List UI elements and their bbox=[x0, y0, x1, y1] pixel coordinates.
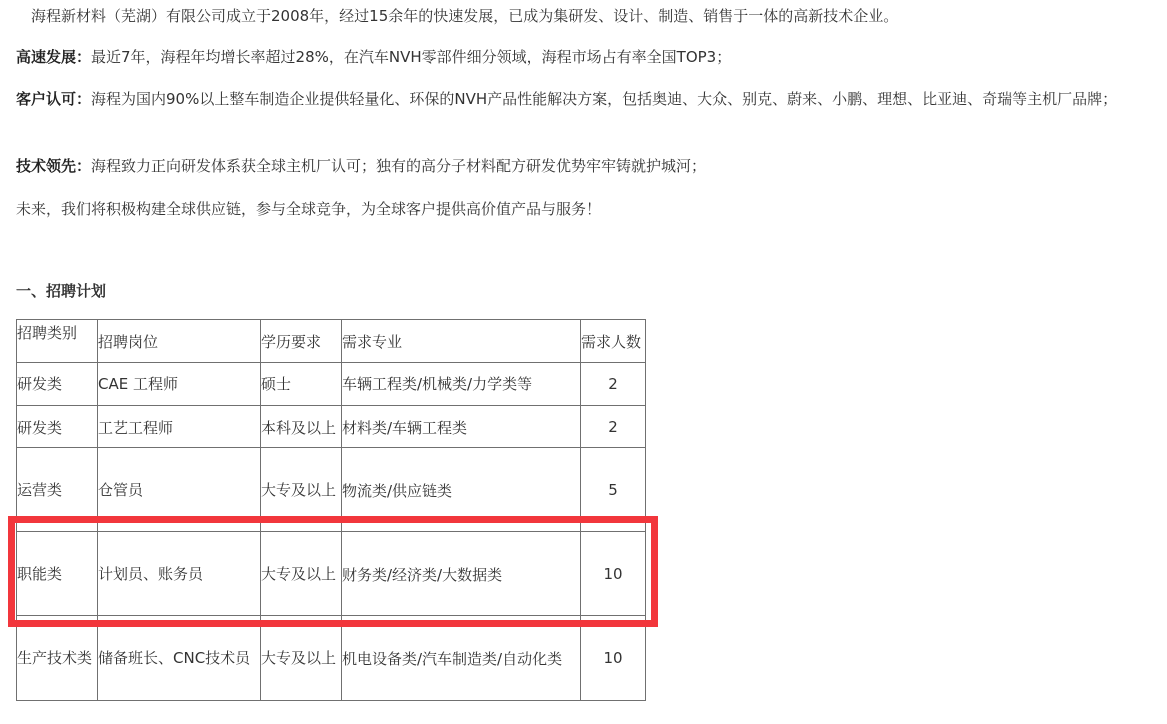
section-title: 一、招聘计划 bbox=[16, 280, 106, 301]
highlight-text: 最近7年，海程年均增长率超过28%，在汽车NVH零部件细分领域，海程市场占有率全… bbox=[91, 48, 731, 66]
header-category: 招聘类别 bbox=[17, 320, 98, 363]
cell-position: 工艺工程师 bbox=[98, 406, 261, 448]
cell-category: 运营类 bbox=[17, 448, 98, 532]
cell-position: 计划员、账务员 bbox=[98, 532, 261, 616]
cell-position: 仓管员 bbox=[98, 448, 261, 532]
cell-major: 车辆工程类/机械类/力学类等 bbox=[342, 363, 581, 406]
cell-category: 研发类 bbox=[17, 406, 98, 448]
cell-count: 10 bbox=[581, 616, 646, 701]
header-education: 学历要求 bbox=[261, 320, 342, 363]
cell-count: 10 bbox=[581, 532, 646, 616]
cell-education: 大专及以上 bbox=[261, 532, 342, 616]
cell-major: 财务类/经济类/大数据类 bbox=[342, 532, 581, 616]
header-count: 需求人数 bbox=[581, 320, 646, 363]
cell-education: 大专及以上 bbox=[261, 616, 342, 701]
highlight-label: 高速发展： bbox=[16, 48, 91, 66]
cell-category: 生产技术类 bbox=[17, 616, 98, 701]
highlight-customers: 客户认可：海程为国内90%以上整车制造企业提供轻量化、环保的NVH产品性能解决方… bbox=[16, 86, 1161, 113]
highlight-text: 海程为国内90%以上整车制造企业提供轻量化、环保的NVH产品性能解决方案，包括奥… bbox=[91, 90, 1117, 108]
highlight-text: 海程致力正向研发体系获全球主机厂认可；独有的高分子材料配方研发优势牢牢铸就护城河… bbox=[91, 157, 706, 175]
cell-education: 大专及以上 bbox=[261, 448, 342, 532]
cell-education: 本科及以上 bbox=[261, 406, 342, 448]
table-row-highlighted: 职能类 计划员、账务员 大专及以上 财务类/经济类/大数据类 10 bbox=[17, 532, 646, 616]
cell-position: 储备班长、CNC技术员 bbox=[98, 616, 261, 701]
cell-education: 硕士 bbox=[261, 363, 342, 406]
cell-count: 2 bbox=[581, 363, 646, 406]
cell-major: 物流类/供应链类 bbox=[342, 448, 581, 532]
cell-major: 材料类/车辆工程类 bbox=[342, 406, 581, 448]
table-row: 研发类 工艺工程师 本科及以上 材料类/车辆工程类 2 bbox=[17, 406, 646, 448]
future-paragraph: 未来，我们将积极构建全球供应链，参与全球竞争，为全球客户提供高价值产品与服务！ bbox=[16, 197, 601, 221]
table-row: 运营类 仓管员 大专及以上 物流类/供应链类 5 bbox=[17, 448, 646, 532]
header-position: 招聘岗位 bbox=[98, 320, 261, 363]
table-row: 研发类 CAE 工程师 硕士 车辆工程类/机械类/力学类等 2 bbox=[17, 363, 646, 406]
highlight-label: 客户认可： bbox=[16, 90, 91, 108]
recruitment-table: 招聘类别 招聘岗位 学历要求 需求专业 需求人数 研发类 CAE 工程师 硕士 … bbox=[16, 319, 646, 701]
cell-count: 5 bbox=[581, 448, 646, 532]
cell-position: CAE 工程师 bbox=[98, 363, 261, 406]
intro-paragraph: 海程新材料（芜湖）有限公司成立于2008年，经过15余年的快速发展，已成为集研发… bbox=[16, 4, 898, 28]
highlight-label: 技术领先： bbox=[16, 157, 91, 175]
highlight-technology: 技术领先：海程致力正向研发体系获全球主机厂认可；独有的高分子材料配方研发优势牢牢… bbox=[16, 154, 706, 178]
cell-category: 研发类 bbox=[17, 363, 98, 406]
cell-count: 2 bbox=[581, 406, 646, 448]
highlight-growth: 高速发展：最近7年，海程年均增长率超过28%，在汽车NVH零部件细分领域，海程市… bbox=[16, 45, 731, 69]
table-row: 生产技术类 储备班长、CNC技术员 大专及以上 机电设备类/汽车制造类/自动化类… bbox=[17, 616, 646, 701]
cell-major: 机电设备类/汽车制造类/自动化类 bbox=[342, 616, 581, 701]
table-header-row: 招聘类别 招聘岗位 学历要求 需求专业 需求人数 bbox=[17, 320, 646, 363]
cell-category: 职能类 bbox=[17, 532, 98, 616]
header-major: 需求专业 bbox=[342, 320, 581, 363]
